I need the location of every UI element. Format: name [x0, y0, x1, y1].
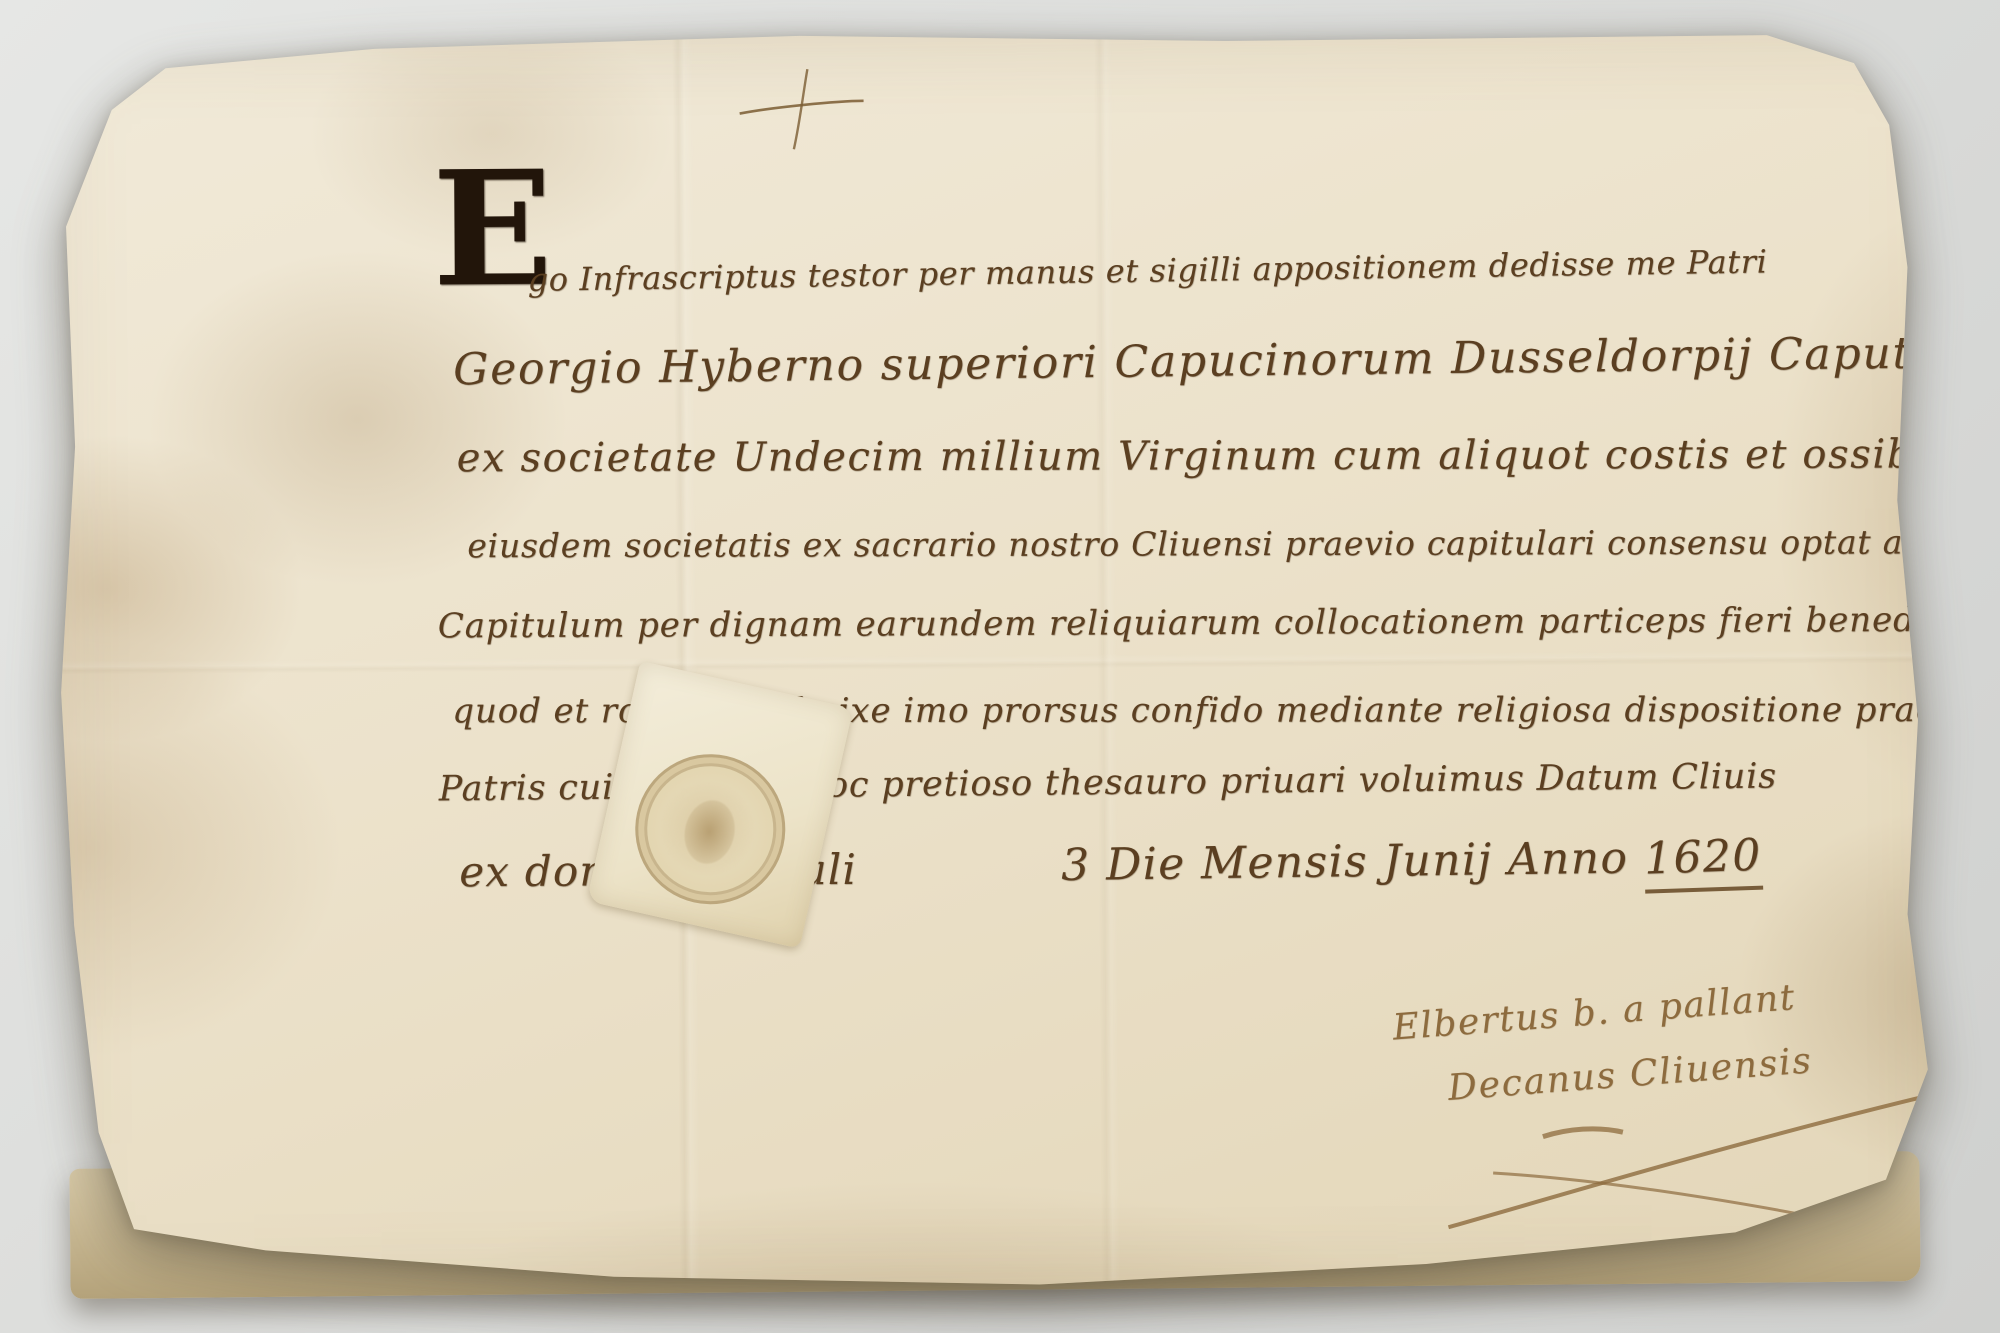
manuscript-wrapper: E go Infrascriptus testor per manus et s…	[30, 14, 1964, 1308]
manuscript-document: E go Infrascriptus testor per manus et s…	[26, 8, 1968, 1314]
signature-name: Elbertus b. a pallant	[1391, 977, 1797, 1049]
manuscript-line-1: go Infrascriptus testor per manus et sig…	[527, 242, 1767, 298]
cross-mark-icon	[731, 61, 872, 157]
closing-year: 1620	[1643, 830, 1763, 894]
manuscript-line-4: eiusdem societatis ex sacrario nostro Cl…	[467, 522, 1992, 565]
manuscript-line-3: ex societate Undecim millium Virginum cu…	[457, 431, 1964, 481]
signature-flourish	[1423, 1074, 1974, 1257]
embossed-seal-icon	[621, 740, 800, 919]
photograph-background: E go Infrascriptus testor per manus et s…	[0, 0, 2000, 1333]
manuscript-line-5: Capitulum per dignam earundem reliquiaru…	[438, 599, 2000, 646]
manuscript-line-2: Georgio Hyberno superiori Capucinorum Du…	[453, 326, 2000, 395]
closing-date-text: 3 Die Mensis Junij Anno	[1061, 832, 1644, 891]
closing-date: 3 Die Mensis Junij Anno 1620	[1061, 831, 1762, 900]
